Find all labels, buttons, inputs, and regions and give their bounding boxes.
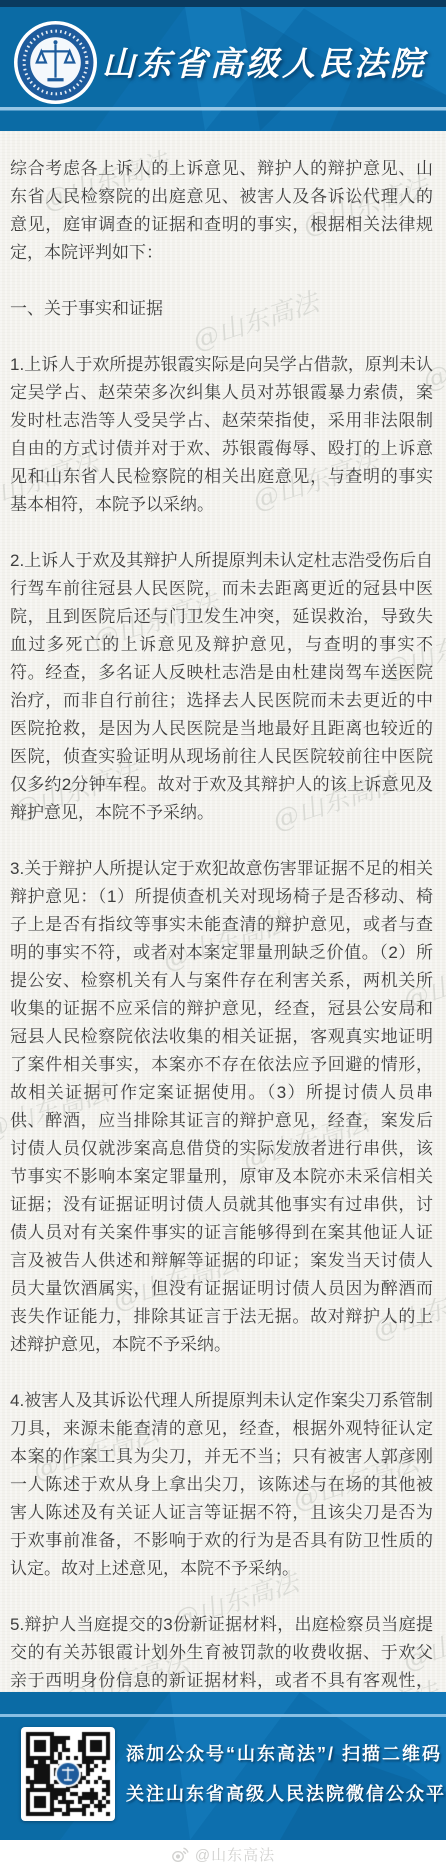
qr-code[interactable] xyxy=(21,1727,115,1821)
footer-text-block: 添加公众号“山东高法”/ 扫描二维码 关注山东省高级人民法院微信公众平台 xyxy=(126,1692,440,1840)
header-banner: 山东省高级人民法院 xyxy=(0,0,446,131)
article-paragraph: 2.上诉人于欢及其辩护人所提原判未认定杜志浩受伤后自行驾车前往冠县人民医院，而未… xyxy=(10,547,433,827)
bottom-watermark-text: @山东高法 xyxy=(195,1844,275,1865)
article-paragraph: 1.上诉人于欢所提苏银霞实际是向吴学占借款，原判未认定吴学占、赵荣荣多次纠集人员… xyxy=(10,351,433,519)
footer-line-1: 添加公众号“山东高法”/ 扫描二维码 xyxy=(126,1740,440,1766)
article-paragraph: 5.辩护人当庭提交的3份新证据材料，出庭检察员当庭提交的有关苏银霞计划外生育被罚… xyxy=(10,1611,433,1692)
footer-line-2: 关注山东省高级人民法院微信公众平台 xyxy=(126,1780,440,1806)
weibo-icon xyxy=(171,1846,190,1863)
section-heading: 一、关于事实和证据 xyxy=(10,295,433,323)
article-paragraph: 4.被害人及其诉讼代理人所提原判未认定作案尖刀系管制刀具，来源未能查清的意见，经… xyxy=(10,1387,433,1583)
qr-code-pattern xyxy=(24,1730,112,1818)
article-paragraph: 3.关于辩护人所提认定于欢犯故意伤害罪证据不足的相关辩护意见：（1）所提侦查机关… xyxy=(10,855,433,1359)
bottom-watermark: @山东高法 xyxy=(0,1840,446,1869)
article-intro: 综合考虑各上诉人的上诉意见、辩护人的辩护意见、山东省人民检察院的出庭意见、被害人… xyxy=(10,155,433,267)
court-name-title: 山东省高级人民法院 xyxy=(102,38,442,85)
wechat-article-page: 山东省高级人民法院 @山东高法@山东高法@山东高法@山东高法@山东高法@山东高法… xyxy=(0,0,446,1869)
court-emblem-icon xyxy=(14,21,97,104)
footer-banner: 添加公众号“山东高法”/ 扫描二维码 关注山东省高级人民法院微信公众平台 xyxy=(0,1692,446,1840)
article-body: @山东高法@山东高法@山东高法@山东高法@山东高法@山东高法@山东高法@山东高法… xyxy=(0,131,446,1692)
article-text: 综合考虑各上诉人的上诉意见、辩护人的辩护意见、山东省人民检察院的出庭意见、被害人… xyxy=(0,131,446,1692)
